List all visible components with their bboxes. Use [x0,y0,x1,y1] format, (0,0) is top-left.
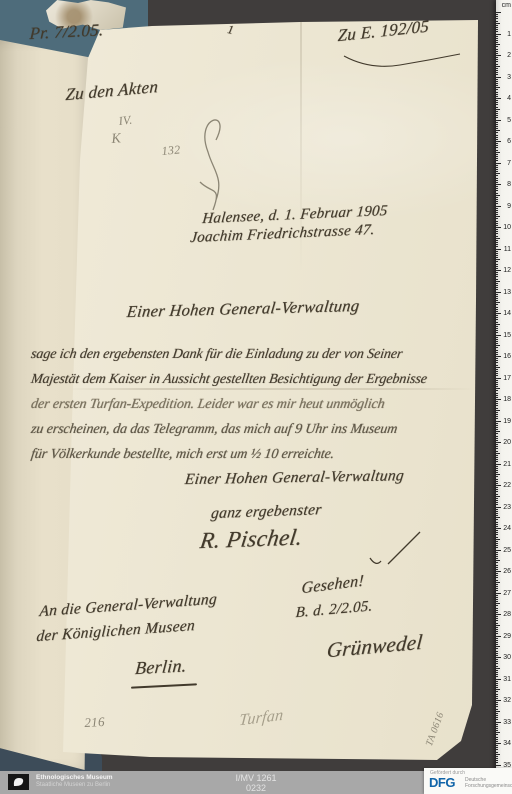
dfg-funding-card: Gefördert durch DFG Deutsche Forschungsg… [424,768,512,794]
body-line: Majestät dem Kaiser in Aussicht gestellt… [30,372,428,388]
dfg-name-line: Forschungsgemeinschaft [465,783,512,789]
pencil-number-mark: 132 [161,142,181,159]
pencil-section-mark: IV. [118,113,133,129]
signature-pischel: R. Pischel. [198,524,304,554]
scan-viewport: Pr. 7/2.05. Zu E. 192/05 1 Zu den Akten … [0,0,512,794]
body-line: zu erscheinen, da das Telegramm, das mic… [30,422,398,438]
registry-note: Pr. 7/2.05. [29,20,104,44]
pencil-paraph-scribble [186,112,236,217]
ruler-unit-label: cm [502,2,511,9]
dfg-name: Deutsche Forschungsgemeinschaft [465,777,512,789]
body-line: sage ich den ergebensten Dank für die Ei… [30,347,404,363]
recipient-city: Berlin. [134,655,187,679]
pencil-page-number: 216 [84,714,105,731]
footer-bar: Ethnologisches Museum Staatliche Museen … [0,771,512,794]
cm-ruler: cm 1234567891011121314151617181920212223… [496,0,512,772]
closing-salutation: Einer Hohen General-Verwaltung [184,467,405,489]
signature-flourish [366,528,426,570]
pencil-initial-mark: K [111,131,122,148]
file-reference-underline [340,50,465,70]
body-line: für Völkerkunde bestellte, mich erst um … [30,447,335,463]
dfg-logo: DFG [429,775,455,790]
paper-fold-crease [65,388,475,390]
body-line: der ersten Turfan-Expedition. Leider war… [30,397,386,413]
